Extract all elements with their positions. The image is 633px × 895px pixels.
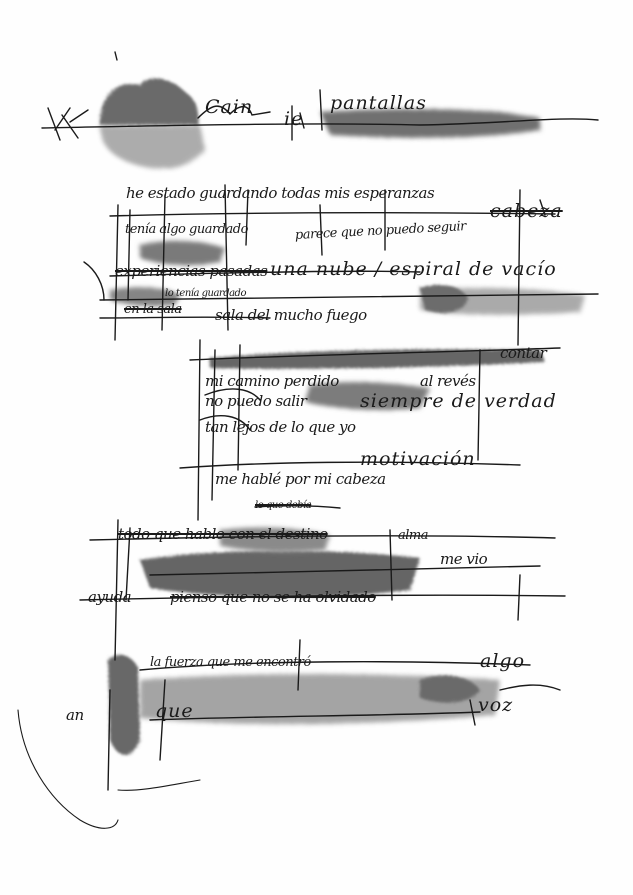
line-text: al revés: [420, 372, 476, 390]
line-text: lo que debía: [255, 500, 311, 511]
line-text: pienso que no se ha olvidado: [170, 588, 376, 606]
line-text: que: [155, 700, 194, 722]
title-fragment: ie: [284, 108, 303, 130]
line-text: mi camino perdido: [205, 372, 339, 390]
title-fragment: Cain: [205, 96, 253, 118]
line-text: tan lejos de lo que yo: [205, 418, 355, 436]
line-text: voz: [478, 694, 513, 716]
line-text: contar: [500, 344, 546, 362]
line-text: siempre de verdad: [360, 390, 557, 412]
title-fragment: pantallas: [330, 92, 427, 114]
line-text: no puedo salir: [205, 392, 306, 410]
manuscript-page: Cain ie pantallas he estado guardando to…: [0, 0, 633, 895]
line-text: la fuerza que me encontró: [150, 655, 311, 670]
line-text: an: [66, 706, 84, 724]
line-text: experiencias pasadas: [115, 262, 267, 280]
line-text: algo: [480, 650, 525, 672]
line-text: lo tenía guardado: [165, 288, 246, 299]
line-text: todo que hablo con el destino: [118, 525, 328, 543]
line-text: en la sala: [124, 302, 182, 317]
line-text: me hablé por mi cabeza: [215, 470, 386, 488]
line-text: he estado guardando todas mis esperanzas: [126, 184, 434, 202]
line-text: tenía algo guardado: [125, 222, 248, 237]
line-text: alma: [398, 528, 428, 543]
line-text: una nube / espiral de vacío: [270, 258, 557, 280]
line-text: sala del mucho fuego: [215, 306, 367, 324]
line-text: me vio: [440, 550, 487, 568]
line-text: cabeza: [490, 200, 563, 222]
line-text: ayuda: [88, 588, 131, 606]
line-text: motivación: [360, 448, 476, 470]
ink-stroke-layer: [0, 0, 633, 895]
